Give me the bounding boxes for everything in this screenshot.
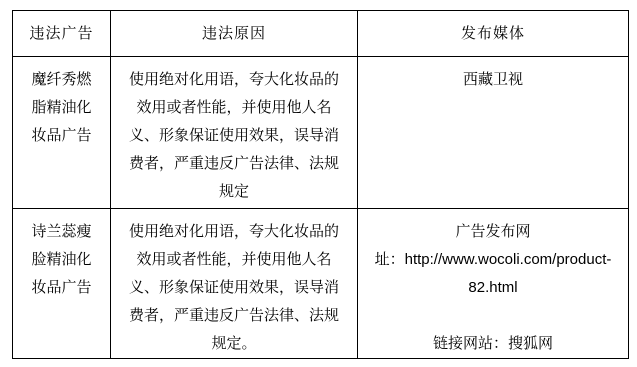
media-line: 广告发布网 [366,218,620,246]
header-cell-ad: 违法广告 [13,11,111,57]
reason-line: 效用或者性能，并使用他人名 [119,94,349,122]
table-row: 魔纤秀燃 脂精油化 妆品广告 使用绝对化用语，夸大化妆品的 效用或者性能，并使用… [13,57,629,209]
reason-cell: 使用绝对化用语，夸大化妆品的 效用或者性能，并使用他人名 义、形象保证使用效果，… [111,57,358,209]
ad-name-line: 脸精油化 [21,246,102,274]
media-cell: 广告发布网 址：http://www.wocoli.com/product- 8… [358,209,629,359]
reason-line: 使用绝对化用语，夸大化妆品的 [119,66,349,94]
media-line: 西藏卫视 [366,66,620,94]
reason-line: 规定 [119,178,349,206]
ad-name-cell: 诗兰蕊瘦 脸精油化 妆品广告 [13,209,111,359]
reason-line: 义、形象保证使用效果，误导消 [119,122,349,150]
ad-name-cell: 魔纤秀燃 脂精油化 妆品广告 [13,57,111,209]
reason-line: 效用或者性能，并使用他人名 [119,246,349,274]
header-cell-reason: 违法原因 [111,11,358,57]
ad-name-line: 妆品广告 [21,122,102,150]
reason-line: 义、形象保证使用效果，误导消 [119,274,349,302]
illegal-ads-table: 违法广告 违法原因 发布媒体 魔纤秀燃 脂精油化 妆品广告 使用绝对化用语，夸大… [12,10,629,359]
media-link-site-line: 链接网站：搜狐网 [366,330,620,358]
ad-name-line: 妆品广告 [21,274,102,302]
media-cell: 西藏卫视 [358,57,629,209]
table-row: 诗兰蕊瘦 脸精油化 妆品广告 使用绝对化用语，夸大化妆品的 效用或者性能，并使用… [13,209,629,359]
reason-cell: 使用绝对化用语，夸大化妆品的 效用或者性能，并使用他人名 义、形象保证使用效果，… [111,209,358,359]
reason-line: 费者，严重违反广告法律、法规 [119,150,349,178]
table-header-row: 违法广告 违法原因 发布媒体 [13,11,629,57]
reason-line: 使用绝对化用语，夸大化妆品的 [119,218,349,246]
media-url-line: 82.html [366,274,620,302]
reason-line: 规定。 [119,330,349,358]
media-blank-line [366,302,620,330]
reason-line: 费者，严重违反广告法律、法规 [119,302,349,330]
ad-name-line: 脂精油化 [21,94,102,122]
ad-name-line: 魔纤秀燃 [21,66,102,94]
header-cell-media: 发布媒体 [358,11,629,57]
ad-name-line: 诗兰蕊瘦 [21,218,102,246]
media-url-line: 址：http://www.wocoli.com/product- [366,246,620,274]
